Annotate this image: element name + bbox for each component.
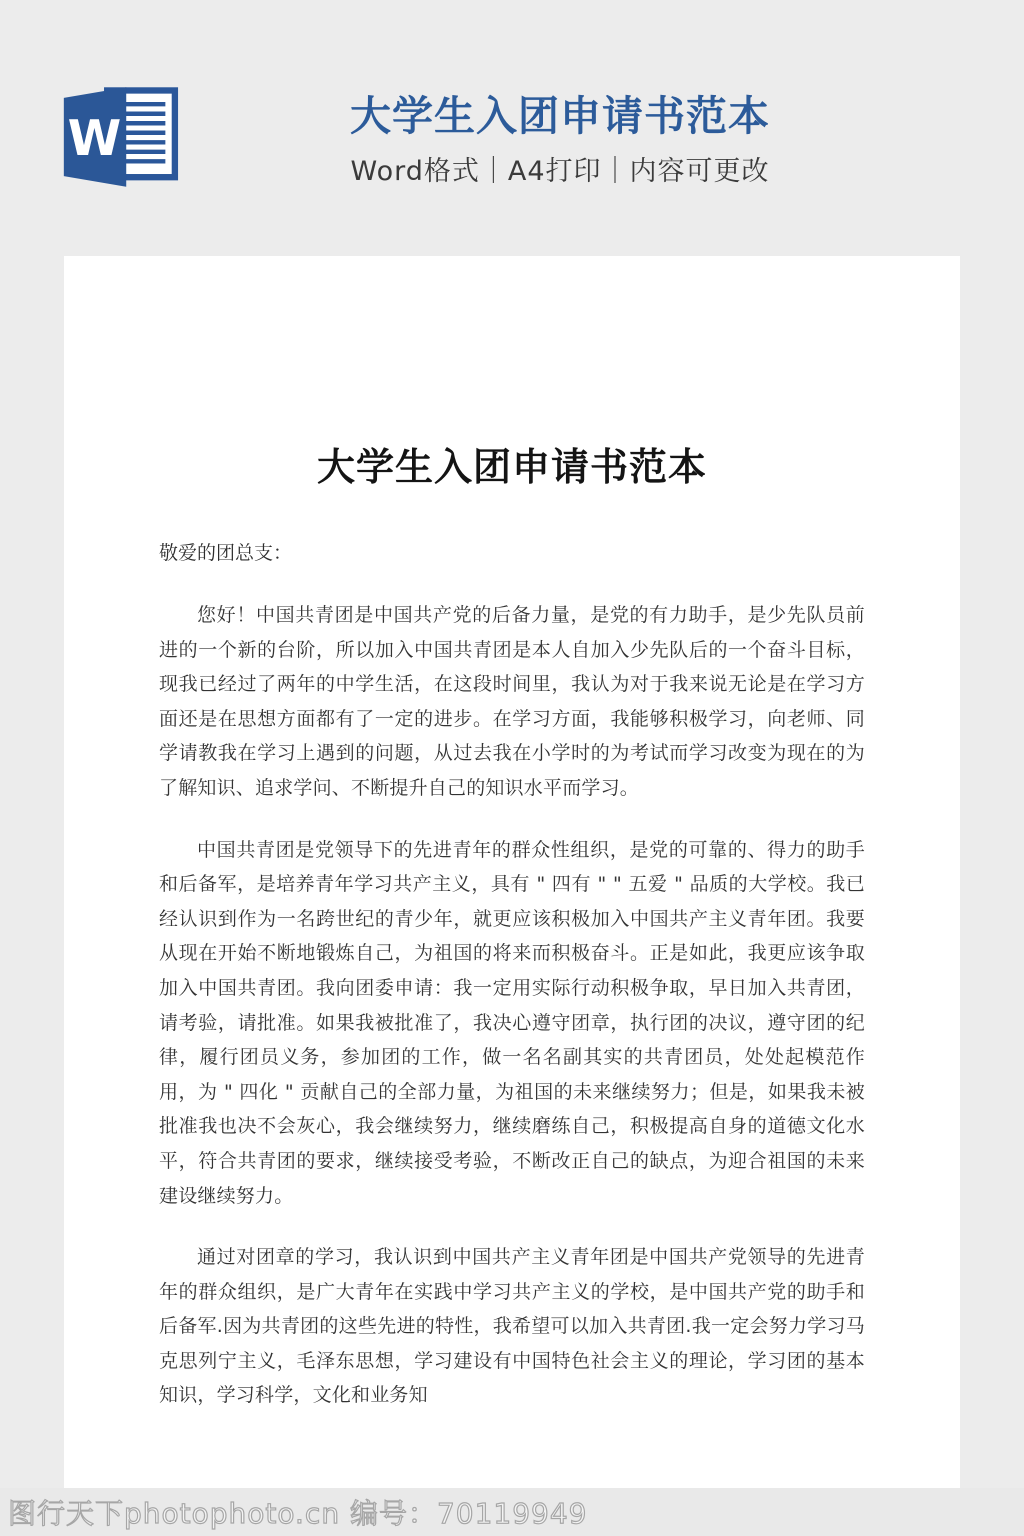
- header-subtitle: Word格式｜A4打印｜内容可更改: [96, 156, 1024, 188]
- document-paragraph: 中国共青团是党领导下的先进青年的群众性组织，是党的可靠的、得力的助手和后备军，是…: [159, 833, 865, 1214]
- document-title: 大学生入团申请书范本: [64, 256, 960, 492]
- preview-header: W 大学生入团申请书范本 Word格式｜A4打印｜内容可更改: [0, 0, 1024, 230]
- header-text: 大学生入团申请书范本 Word格式｜A4打印｜内容可更改: [96, 92, 1024, 188]
- watermark-text: 图行天下photophoto.cn 编号：70119949: [8, 1492, 588, 1532]
- document-paragraph: 通过对团章的学习，我认识到中国共产主义青年团是中国共产党领导的先进青年的群众组织…: [159, 1240, 865, 1413]
- document-paragraph: 您好！中国共青团是中国共产党的后备力量，是党的有力助手，是少先队员前进的一个新的…: [159, 598, 865, 806]
- header-title: 大学生入团申请书范本: [96, 92, 1024, 140]
- watermark-bar: 图行天下photophoto.cn 编号：70119949: [0, 1488, 1024, 1536]
- template-preview: W 大学生入团申请书范本 Word格式｜A4打印｜内容可更改 大学生入团申请书范…: [0, 0, 1024, 1536]
- document-page: 大学生入团申请书范本 敬爱的团总支： 您好！中国共青团是中国共产党的后备力量，是…: [64, 256, 960, 1488]
- document-salutation: 敬爱的团总支：: [159, 538, 865, 568]
